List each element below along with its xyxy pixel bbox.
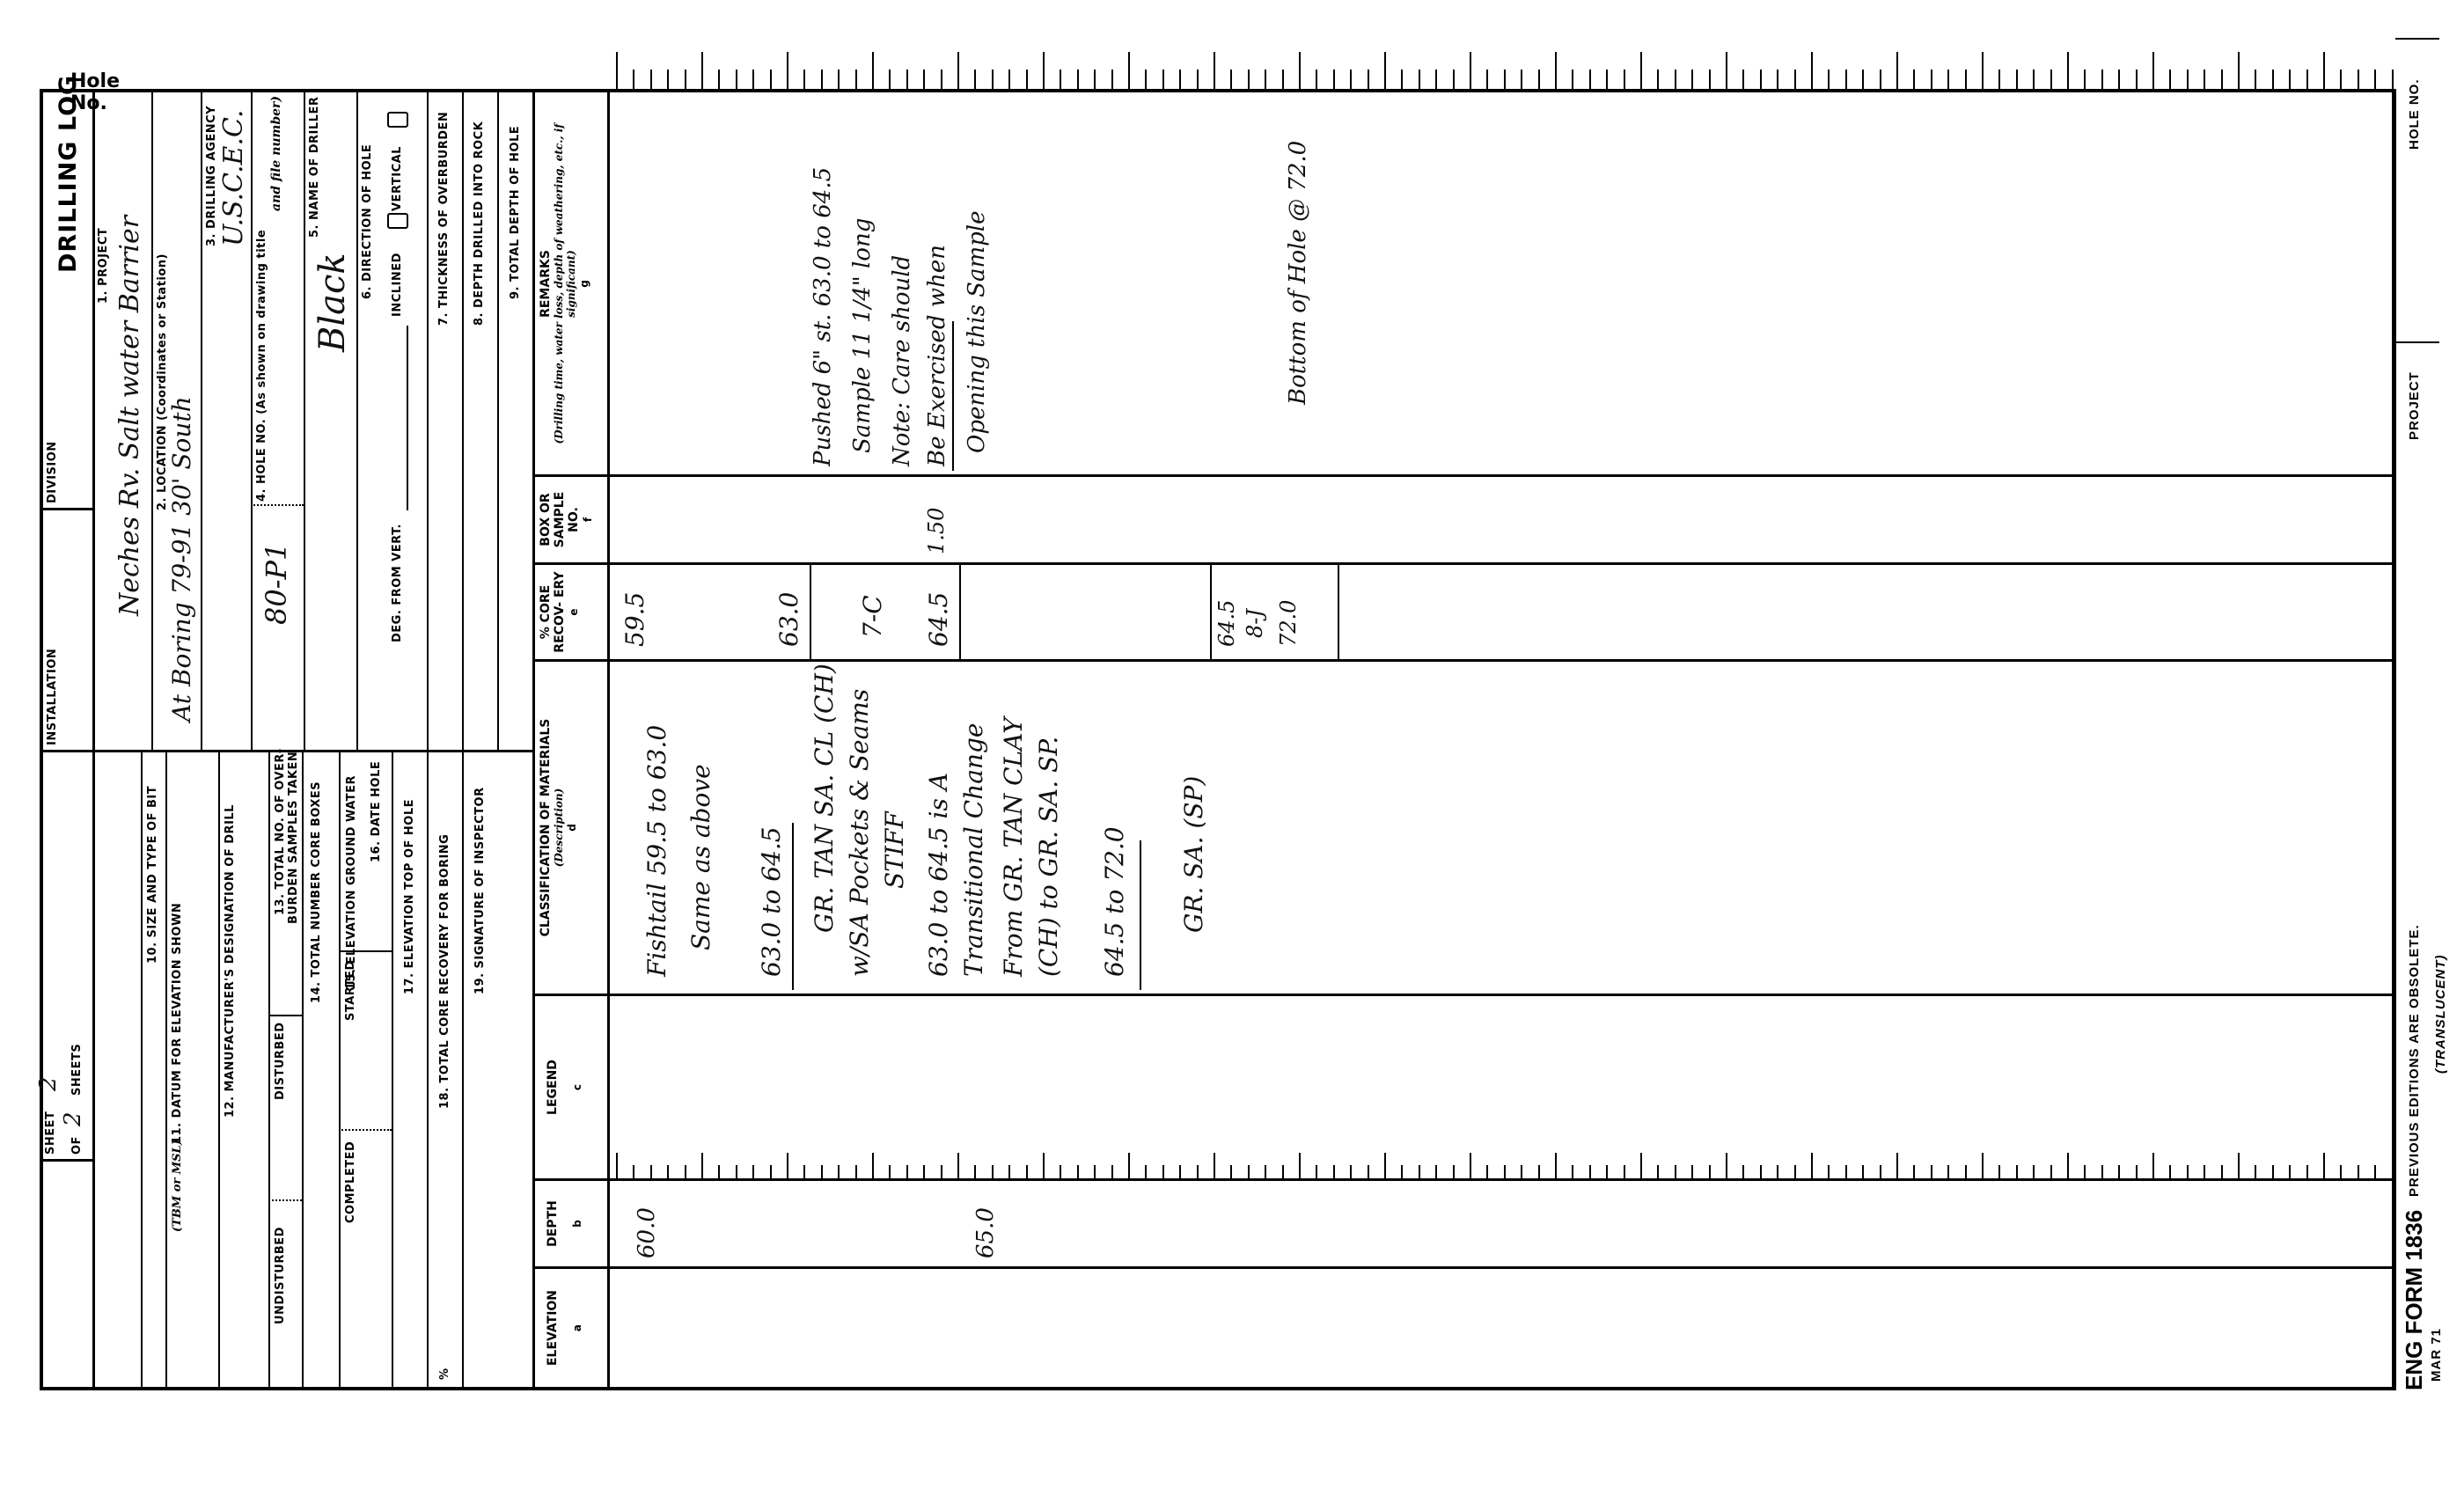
classification-line: Same as above	[686, 764, 715, 950]
classification-line: 63.0 to 64.5	[757, 826, 786, 977]
project-label: 1. PROJECT	[97, 228, 110, 304]
classification-line: w/SA Pockets & Seams	[845, 689, 874, 977]
driller-value[interactable]: Black	[312, 253, 353, 352]
col-header-box-sample: BOX OR SAMPLE NO.f	[539, 477, 595, 562]
datum-label: 11. DATUM FOR ELEVATION SHOWN	[171, 903, 184, 1144]
core-recovery-label: 18. TOTAL CORE RECOVERY FOR BORING	[438, 834, 451, 1109]
core-recovery-7c: 7-C	[858, 595, 887, 638]
inclined-checkbox[interactable]	[387, 213, 408, 229]
col-divider-elev-depth	[532, 1266, 2394, 1269]
header-bottom-line	[532, 89, 535, 1390]
direction-label: 6. DIRECTION OF HOLE	[361, 144, 374, 299]
project-value[interactable]: Neches Rv. Salt water Barrier	[114, 216, 145, 616]
col-header-depth: DEPTHb	[546, 1181, 584, 1266]
inclined-label: INCLINED	[391, 253, 404, 317]
date-hole-label: 16. DATE HOLE	[370, 761, 383, 862]
samples-label: 13. TOTAL NO. OF OVER-	[274, 748, 287, 915]
remark-line: Pushed 6" st. 63.0 to 64.5	[810, 167, 836, 466]
core-recovery-64-5-b: 64.5	[1214, 600, 1239, 647]
bit-label: 10. SIZE AND TYPE OF BIT	[146, 786, 159, 964]
classification-line: From GR. TAN CLAY	[999, 717, 1028, 977]
translucent-note: (TRANSLUCENT)	[2433, 955, 2448, 1074]
class-separator-2	[1140, 840, 1141, 990]
box-sample-1-50: 1.50	[924, 508, 949, 554]
vertical-label: VERTICAL	[391, 146, 404, 211]
datum-label-italic: (TBM or MSL)	[171, 1140, 184, 1232]
core-recovery-72-0: 72.0	[1276, 600, 1301, 647]
elev-top-label: 17. ELEVATION TOP OF HOLE	[403, 799, 416, 994]
divider-title-division	[40, 508, 92, 510]
col-divider-class-core	[532, 659, 2394, 662]
col-header-remarks: REMARKS(Drilling time, water loss, depth…	[539, 106, 591, 462]
vertical-checkbox[interactable]	[387, 112, 408, 128]
col-header-elevation: ELEVATIONa	[546, 1269, 584, 1387]
sheets-label: SHEETS	[70, 1044, 84, 1096]
completed-label: COMPLETED	[344, 1141, 357, 1223]
location-value[interactable]: At Boring 79-91 30' South	[167, 396, 196, 722]
manufacturer-label: 12. MANUFACTURER'S DESIGNATION OF DRILL	[224, 804, 237, 1118]
remark-line: Bottom of Hole @ 72.0	[1285, 141, 1311, 405]
remark-line: Sample 11 1/4" long	[849, 218, 876, 453]
classification-line: Fishtail 59.5 to 63.0	[642, 725, 671, 977]
remark-line: Be Exercised when	[924, 245, 950, 466]
drilling-agency-value[interactable]: U.S.C.E.C.	[218, 110, 249, 246]
inspector-label: 19. SIGNATURE OF INSPECTOR	[473, 787, 487, 994]
classification-line: 63.0 to 64.5 is A	[924, 773, 953, 977]
class-separator-1	[792, 823, 794, 990]
classification-line: GR. SA. (SP)	[1179, 776, 1208, 933]
col-header-classification: CLASSIFICATION OF MATERIALS(Description)…	[539, 662, 579, 994]
remark-line: Note: Care should	[889, 255, 915, 466]
of-value: 2	[60, 1111, 86, 1126]
form-title: DRILLING LOG	[55, 75, 82, 273]
depth-mark-65: 65.0	[972, 1207, 999, 1258]
total-depth-label: 9. TOTAL DEPTH OF HOLE	[509, 126, 522, 299]
core-recovery-unit: %	[438, 1368, 451, 1380]
disturbed-label: DISTURBED	[274, 1022, 287, 1100]
installation-label: INSTALLATION	[46, 649, 59, 745]
frame-top	[40, 89, 43, 1390]
driller-label: 5. NAME OF DRILLER	[308, 97, 321, 238]
core-recovery-64-5: 64.5	[924, 592, 953, 647]
hole-no-value[interactable]: 80-P1	[260, 543, 293, 625]
hole-no-label: 4. HOLE NO. (As shown on drawing title	[255, 230, 268, 502]
classification-line: (CH) to GR. SA. SP.	[1034, 737, 1063, 977]
col-header-legend: LEGENDc	[546, 996, 584, 1178]
undisturbed-label: UNDISTURBED	[274, 1227, 287, 1324]
footer-project-label: PROJECT	[2407, 371, 2422, 440]
col-header-core-recovery: % CORE RECOV- ERYe	[539, 565, 581, 659]
sheet-value: 2	[35, 1076, 62, 1091]
frame-bottom	[2392, 89, 2396, 1390]
deg-from-vert-label: DEG. FROM VERT.	[391, 524, 404, 642]
remark-line: Opening this Sample	[964, 211, 990, 454]
classification-line: GR. TAN SA. CL (CH)	[810, 664, 839, 933]
depth-rock-label: 8. DEPTH DRILLED INTO ROCK	[473, 121, 486, 326]
samples-label-2: BURDEN SAMPLES TAKEN	[287, 752, 300, 924]
title-row-line	[92, 89, 95, 1390]
sheet-label: SHEET	[44, 1111, 57, 1155]
started-label: STARTED	[344, 960, 357, 1021]
classification-line: STIFF	[880, 811, 909, 889]
overburden-label: 7. THICKNESS OF OVERBURDEN	[437, 112, 451, 326]
obsolete-note: PREVIOUS EDITIONS ARE OBSOLETE.	[2407, 924, 2422, 1197]
core-boxes-label: 14. TOTAL NUMBER CORE BOXES	[310, 781, 323, 1003]
footer-hole-no-label: HOLE NO.	[2407, 78, 2422, 150]
drilling-agency-label: 3. DRILLING AGENCY	[205, 106, 218, 246]
hole-no-label-2: and file number)	[269, 96, 283, 211]
classification-line: 64.5 to 72.0	[1100, 826, 1129, 977]
of-label: OF	[70, 1136, 84, 1155]
col-divider-depth-legend	[532, 1178, 2394, 1181]
col-divider-legend-class	[532, 994, 2394, 996]
core-recovery-8j: 8-J	[1243, 609, 1267, 638]
depth-mark-60: 60.0	[634, 1207, 660, 1258]
form-id: ENG FORM 1836	[2401, 1210, 2428, 1390]
col-divider-core-box	[532, 562, 2394, 565]
core-recovery-63-0: 63.0	[774, 592, 803, 647]
form-date: MAR 71	[2429, 1328, 2444, 1382]
column-header-bottom	[607, 89, 610, 1390]
drilling-log-sheet: Hole No. DRILLING LOG DIVISION INSTALLAT…	[0, 0, 2464, 1496]
frame-right	[40, 89, 2395, 92]
core-recovery-59-5: 59.5	[620, 592, 649, 647]
col-divider-box-remarks	[532, 474, 2394, 477]
ground-water-label: 15. ELEVATION GROUND WATER	[345, 775, 358, 990]
division-label: DIVISION	[46, 441, 59, 503]
sheet-box-divider	[40, 1159, 92, 1162]
classification-line: Transitional Change	[959, 723, 988, 977]
note-underline	[952, 321, 954, 471]
